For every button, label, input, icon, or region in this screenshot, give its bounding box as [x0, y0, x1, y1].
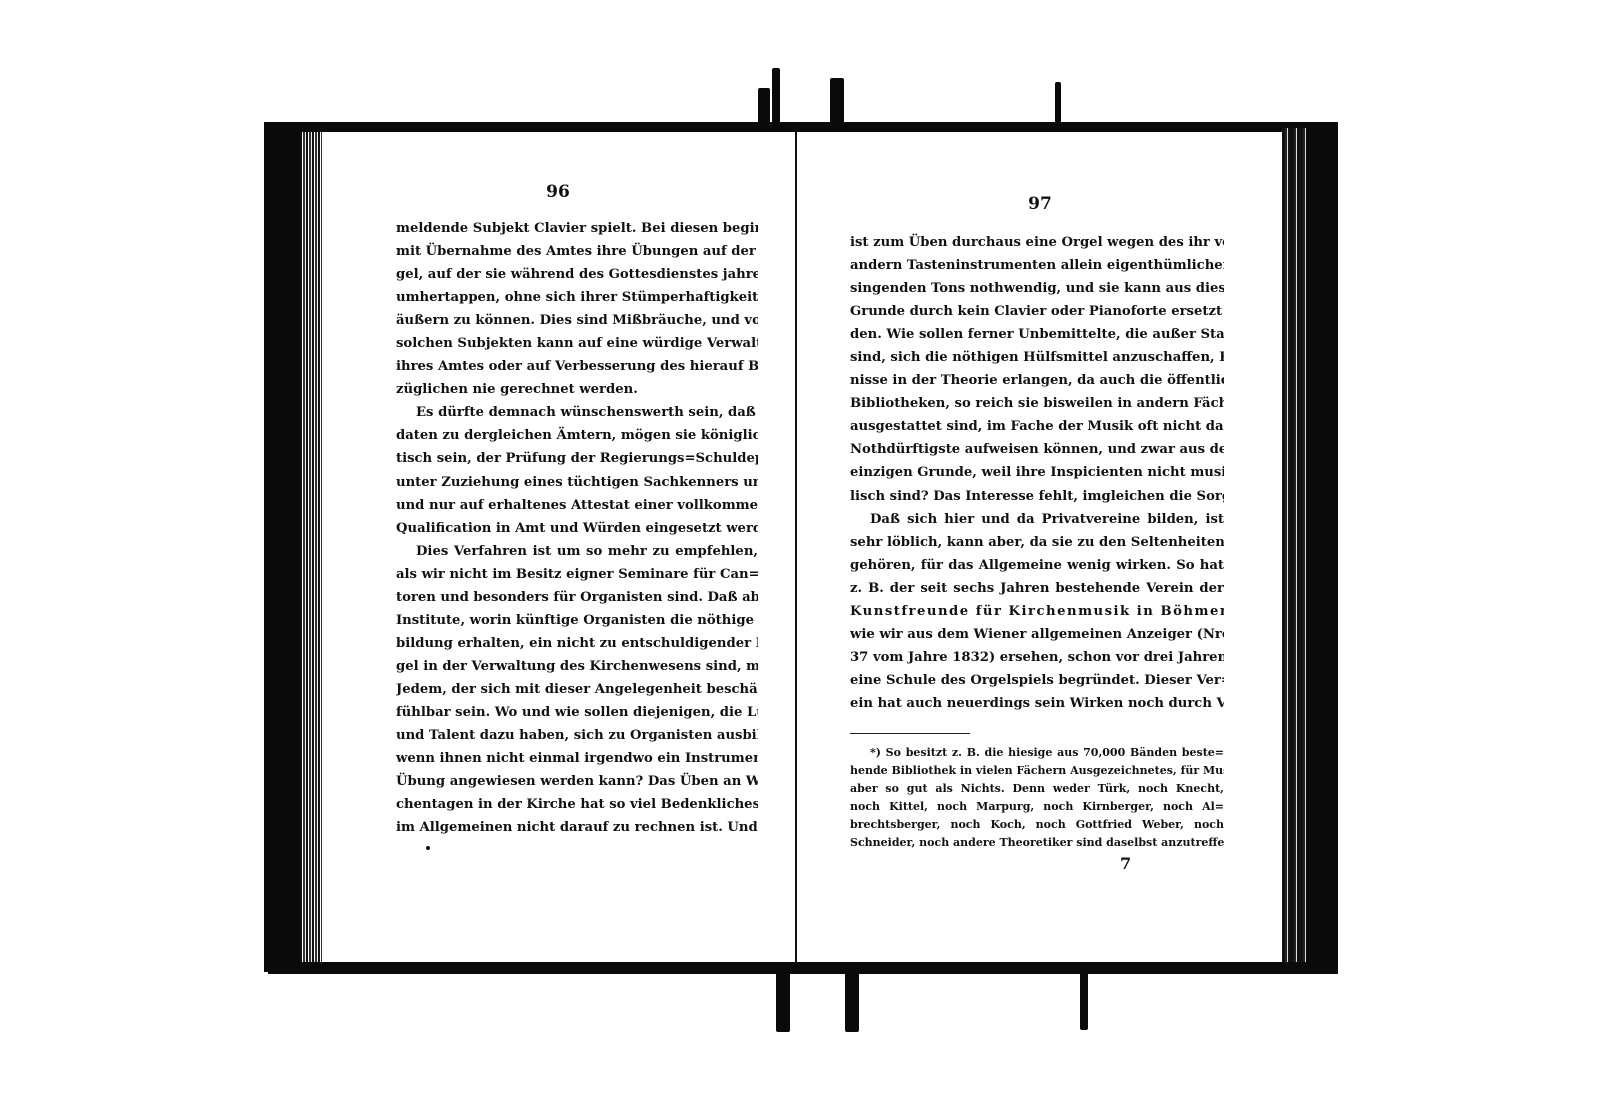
footnote-line: *) So besitzt z. B. die hiesige aus 70,0… — [850, 744, 1224, 762]
footnote-line: Schneider, noch andere Theoretiker sind … — [850, 834, 1224, 852]
text-line: nisse in der Theorie erlangen, da auch d… — [850, 369, 1224, 392]
text-line: äußern zu können. Dies sind Mißbräuche, … — [396, 309, 758, 332]
binding-tab — [776, 972, 790, 1032]
text-line: Es dürfte demnach wünschenswerth sein, d… — [396, 401, 758, 424]
page-number: 96 — [322, 182, 794, 202]
text-line: Qualification in Amt und Würden eingeset… — [396, 517, 758, 540]
text-line: Institute, worin künftige Organisten die… — [396, 609, 758, 632]
text-line: unter Zuziehung eines tüchtigen Sachkenn… — [396, 471, 758, 494]
footnote-line: hende Bibliothek in vielen Fächern Ausge… — [850, 762, 1224, 780]
binding-tab — [772, 68, 780, 128]
book-cover-bottom — [268, 962, 1336, 974]
book-cover-left — [264, 122, 300, 972]
text-line: 37 vom Jahre 1832) ersehen, schon vor dr… — [850, 646, 1224, 669]
text-line: Dies Verfahren ist um so mehr zu empfehl… — [396, 540, 758, 563]
book-cover-right — [1306, 122, 1338, 974]
footnote: *) So besitzt z. B. die hiesige aus 70,0… — [850, 744, 1224, 852]
book-cover-top — [266, 122, 1334, 132]
page-edges-left — [300, 132, 322, 962]
page-edges-right — [1282, 128, 1306, 962]
binding-tab — [1055, 82, 1061, 128]
text-line: Übung angewiesen werden kann? Das Üben a… — [396, 770, 758, 793]
text-line: Kunstfreunde für Kirchenmusik in Böhmen, — [850, 600, 1224, 623]
text-line: sind, sich die nöthigen Hülfsmittel anzu… — [850, 346, 1224, 369]
text-line: gel in der Verwaltung des Kirchenwesens … — [396, 655, 758, 678]
text-line: andern Tasteninstrumenten allein eigenth… — [850, 254, 1224, 277]
text-line: einzigen Grunde, weil ihre Inspicienten … — [850, 461, 1224, 484]
page-number: 97 — [798, 194, 1282, 214]
text-line: chentagen in der Kirche hat so viel Bede… — [396, 793, 758, 816]
text-line: züglichen nie gerechnet werden. — [396, 378, 758, 401]
text-line: Grunde durch kein Clavier oder Pianofort… — [850, 300, 1224, 323]
text-line: eine Schule des Orgelspiels begründet. D… — [850, 669, 1224, 692]
text-line: lisch sind? Das Interesse fehlt, imgleic… — [850, 485, 1224, 508]
text-line: den. Wie sollen ferner Unbemittelte, die… — [850, 323, 1224, 346]
signature-mark: 7 — [1120, 854, 1131, 873]
text-line: ausgestattet sind, im Fache der Musik of… — [850, 415, 1224, 438]
text-line: gel, auf der sie während des Gottesdiens… — [396, 263, 758, 286]
text-line: Daß sich hier und da Privatvereine bilde… — [850, 508, 1224, 531]
text-line: Bibliotheken, so reich sie bisweilen in … — [850, 392, 1224, 415]
body-text: meldende Subjekt Clavier spielt. Bei die… — [396, 217, 758, 839]
text-line: mit Übernahme des Amtes ihre Übungen auf… — [396, 240, 758, 263]
text-line: und nur auf erhaltenes Attestat einer vo… — [396, 494, 758, 517]
text-line: daten zu dergleichen Ämtern, mögen sie k… — [396, 424, 758, 447]
text-line: als wir nicht im Besitz eigner Seminare … — [396, 563, 758, 586]
text-line: toren und besonders für Organisten sind.… — [396, 586, 758, 609]
body-text: ist zum Üben durchaus eine Orgel wegen d… — [850, 231, 1224, 715]
footnote-line: brechtsberger, noch Koch, noch Gottfried… — [850, 816, 1224, 834]
gutter — [795, 128, 797, 964]
text-line: Jedem, der sich mit dieser Angelegenheit… — [396, 678, 758, 701]
binding-tab — [845, 972, 859, 1032]
text-line: fühlbar sein. Wo und wie sollen diejenig… — [396, 701, 758, 724]
text-line: singenden Tons nothwendig, und sie kann … — [850, 277, 1224, 300]
footnote-line: noch Kittel, noch Marpurg, noch Kirnberg… — [850, 798, 1224, 816]
text-line: ein hat auch neuerdings sein Wirken noch… — [850, 692, 1224, 715]
text-line: gehören, für das Allgemeine wenig wirken… — [850, 554, 1224, 577]
text-line: ihres Amtes oder auf Verbesserung des hi… — [396, 355, 758, 378]
text-line: Nothdürftigste aufweisen können, und zwa… — [850, 438, 1224, 461]
binding-tab — [1080, 972, 1088, 1030]
text-line: im Allgemeinen nicht darauf zu rechnen i… — [396, 816, 758, 839]
ink-dot — [426, 846, 430, 850]
right-page: 97 ist zum Üben durchaus eine Orgel wege… — [798, 132, 1282, 962]
footnote-line: aber so gut als Nichts. Denn weder Türk,… — [850, 780, 1224, 798]
text-line: tisch sein, der Prüfung der Regierungs=S… — [396, 447, 758, 470]
binding-tab — [758, 88, 770, 128]
text-line: meldende Subjekt Clavier spielt. Bei die… — [396, 217, 758, 240]
text-line: bildung erhalten, ein nicht zu entschuld… — [396, 632, 758, 655]
text-line: z. B. der seit sechs Jahren bestehende V… — [850, 577, 1224, 600]
text-line: umhertappen, ohne sich ihrer Stümperhaft… — [396, 286, 758, 309]
binding-tab — [830, 78, 844, 128]
text-line: wie wir aus dem Wiener allgemeinen Anzei… — [850, 623, 1224, 646]
left-page: 96 meldende Subjekt Clavier spielt. Bei … — [322, 132, 794, 962]
text-line: und Talent dazu haben, sich zu Organiste… — [396, 724, 758, 747]
text-line: solchen Subjekten kann auf eine würdige … — [396, 332, 758, 355]
text-line: sehr löblich, kann aber, da sie zu den S… — [850, 531, 1224, 554]
text-line: ist zum Üben durchaus eine Orgel wegen d… — [850, 231, 1224, 254]
text-line: wenn ihnen nicht einmal irgendwo ein Ins… — [396, 747, 758, 770]
footnote-rule — [850, 733, 970, 734]
